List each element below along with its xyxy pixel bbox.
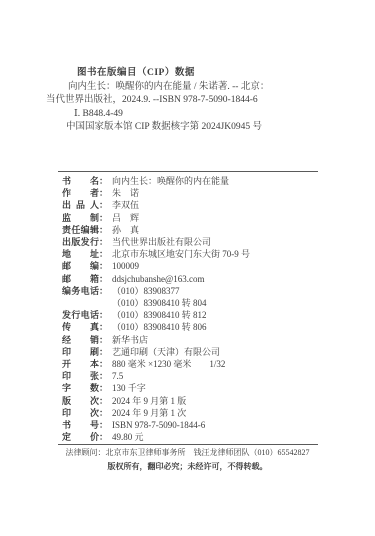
table-row: 印刷：艺通印刷（天津）有限公司 — [62, 346, 250, 358]
row-label: 开本 — [62, 358, 99, 370]
row-separator: ： — [99, 407, 108, 419]
colophon-table: 书名：向内生长：唤醒你的内在能量 作者：朱 诺 出品人：李双伍 监制：吕 辉 责… — [62, 175, 250, 443]
row-value: 880 毫米 ×1230 毫米 1/32 — [112, 358, 225, 370]
row-label: 印张 — [62, 370, 99, 382]
row-label: 地址 — [62, 248, 99, 260]
row-separator: ： — [99, 224, 108, 236]
table-row: 邮箱：ddsjchubanshe@163.com — [62, 273, 250, 285]
row-separator: ： — [99, 358, 108, 370]
row-separator: ： — [99, 431, 108, 443]
row-value: （010）83908410 转 806 — [112, 321, 207, 333]
table-row: 开本：880 毫米 ×1230 毫米 1/32 — [62, 358, 250, 370]
divider-top — [58, 171, 318, 172]
table-row: 作者：朱 诺 — [62, 187, 250, 199]
row-separator: ： — [99, 370, 108, 382]
row-label: 经销 — [62, 334, 99, 346]
row-separator: ： — [99, 395, 108, 407]
cip-heading: 图书在版编目（CIP）数据 — [46, 67, 339, 81]
row-separator: ： — [99, 382, 108, 394]
cip-line: 当代世界出版社，2024.9. --ISBN 978-7-5090-1844-6 — [46, 94, 339, 108]
row-label: 作者 — [62, 187, 99, 199]
row-separator: ： — [99, 236, 108, 248]
table-row: 传真：（010）83908410 转 806 — [62, 321, 250, 333]
row-label: 出品人 — [62, 199, 99, 211]
table-row: 字数：130 千字 — [62, 382, 250, 394]
row-label: 责任编辑 — [62, 224, 99, 236]
divider-bottom — [58, 444, 318, 445]
row-value: ddsjchubanshe@163.com — [112, 273, 205, 285]
table-row: 印张：7.5 — [62, 370, 250, 382]
row-value: 当代世界出版社有限公司 — [112, 236, 211, 248]
table-row: 出版发行：当代世界出版社有限公司 — [62, 236, 250, 248]
row-value: 130 千字 — [112, 382, 146, 394]
cip-line: Ⅰ. B848.4-49 — [46, 108, 339, 122]
table-row: 编务电话：（010）83908377 — [62, 285, 250, 297]
row-separator: ： — [99, 321, 108, 333]
table-row: 书号：ISBN 978-7-5090-1844-6 — [62, 419, 250, 431]
row-separator: ： — [99, 248, 108, 260]
row-value: 孙 真 — [112, 224, 139, 236]
row-value: 向内生长：唤醒你的内在能量 — [112, 175, 229, 187]
row-value: 李双伍 — [112, 199, 139, 211]
row-label: 印刷 — [62, 346, 99, 358]
row-separator: ： — [99, 309, 108, 321]
row-value: 49.80 元 — [112, 431, 144, 443]
table-row: 定价：49.80 元 — [62, 431, 250, 443]
row-value: 朱 诺 — [112, 187, 139, 199]
row-separator: ： — [99, 285, 108, 297]
row-label: 编务电话 — [62, 285, 99, 297]
row-label: 字数 — [62, 382, 99, 394]
row-label: 邮箱 — [62, 273, 99, 285]
table-row: 发行电话：（010）83908410 转 812 — [62, 309, 250, 321]
row-separator: ： — [99, 260, 108, 272]
row-separator: ： — [99, 175, 108, 187]
row-value: （010）83908377 — [112, 285, 180, 297]
row-value: 北京市东城区地安门东大街 70-9 号 — [112, 248, 250, 260]
table-row: 邮编：100009 — [62, 260, 250, 272]
row-value: 7.5 — [112, 370, 123, 382]
row-label: 书号 — [62, 419, 99, 431]
row-separator: ： — [99, 273, 108, 285]
table-row: 经销：新华书店 — [62, 334, 250, 346]
row-value: 2024 年 9 月第 1 次 — [112, 407, 186, 419]
row-value: 2024 年 9 月第 1 版 — [112, 395, 186, 407]
table-row: 出品人：李双伍 — [62, 199, 250, 211]
row-label: 监制 — [62, 212, 99, 224]
table-row: 监制：吕 辉 — [62, 212, 250, 224]
row-value: 100009 — [112, 260, 139, 272]
table-row: （010）83908410 转 804 — [62, 297, 250, 309]
row-label: 出版发行 — [62, 236, 99, 248]
legal-counsel-line: 法律顾问：北京市东卫律师事务所 钱汪龙律师团队（010）65542827 — [0, 446, 375, 460]
table-row: 印次：2024 年 9 月第 1 次 — [62, 407, 250, 419]
table-row: 版次：2024 年 9 月第 1 版 — [62, 395, 250, 407]
row-label — [62, 297, 99, 309]
legal-footer: 法律顾问：北京市东卫律师事务所 钱汪龙律师团队（010）65542827 版权所… — [0, 446, 375, 473]
row-separator: ： — [99, 187, 108, 199]
row-label: 版次 — [62, 395, 99, 407]
cip-line: 中国国家版本馆 CIP 数据核字第 2024JK0945 号 — [46, 121, 339, 135]
row-value: 吕 辉 — [112, 212, 139, 224]
row-separator: ： — [99, 212, 108, 224]
row-value: （010）83908410 转 812 — [112, 309, 207, 321]
row-separator: ： — [99, 334, 108, 346]
cip-line: 向内生长：唤醒你的内在能量 / 朱诺著. -- 北京： — [46, 81, 339, 95]
row-value: 艺通印刷（天津）有限公司 — [112, 346, 220, 358]
table-row: 书名：向内生长：唤醒你的内在能量 — [62, 175, 250, 187]
row-label: 印次 — [62, 407, 99, 419]
copyright-page: 图书在版编目（CIP）数据 向内生长：唤醒你的内在能量 / 朱诺著. -- 北京… — [0, 0, 375, 536]
cip-section: 图书在版编目（CIP）数据 向内生长：唤醒你的内在能量 / 朱诺著. -- 北京… — [46, 67, 339, 135]
row-separator: ： — [99, 346, 108, 358]
row-label: 传真 — [62, 321, 99, 333]
row-label: 发行电话 — [62, 309, 99, 321]
row-label: 定价 — [62, 431, 99, 443]
row-separator — [99, 297, 108, 309]
table-row: 地址：北京市东城区地安门东大街 70-9 号 — [62, 248, 250, 260]
row-value: 新华书店 — [112, 334, 148, 346]
row-separator: ： — [99, 199, 108, 211]
row-value: （010）83908410 转 804 — [112, 297, 207, 309]
copyright-notice: 版权所有，翻印必究；未经许可，不得转载。 — [0, 460, 375, 474]
row-separator: ： — [99, 419, 108, 431]
row-label: 书名 — [62, 175, 99, 187]
row-label: 邮编 — [62, 260, 99, 272]
row-value: ISBN 978-7-5090-1844-6 — [112, 419, 205, 431]
table-row: 责任编辑：孙 真 — [62, 224, 250, 236]
